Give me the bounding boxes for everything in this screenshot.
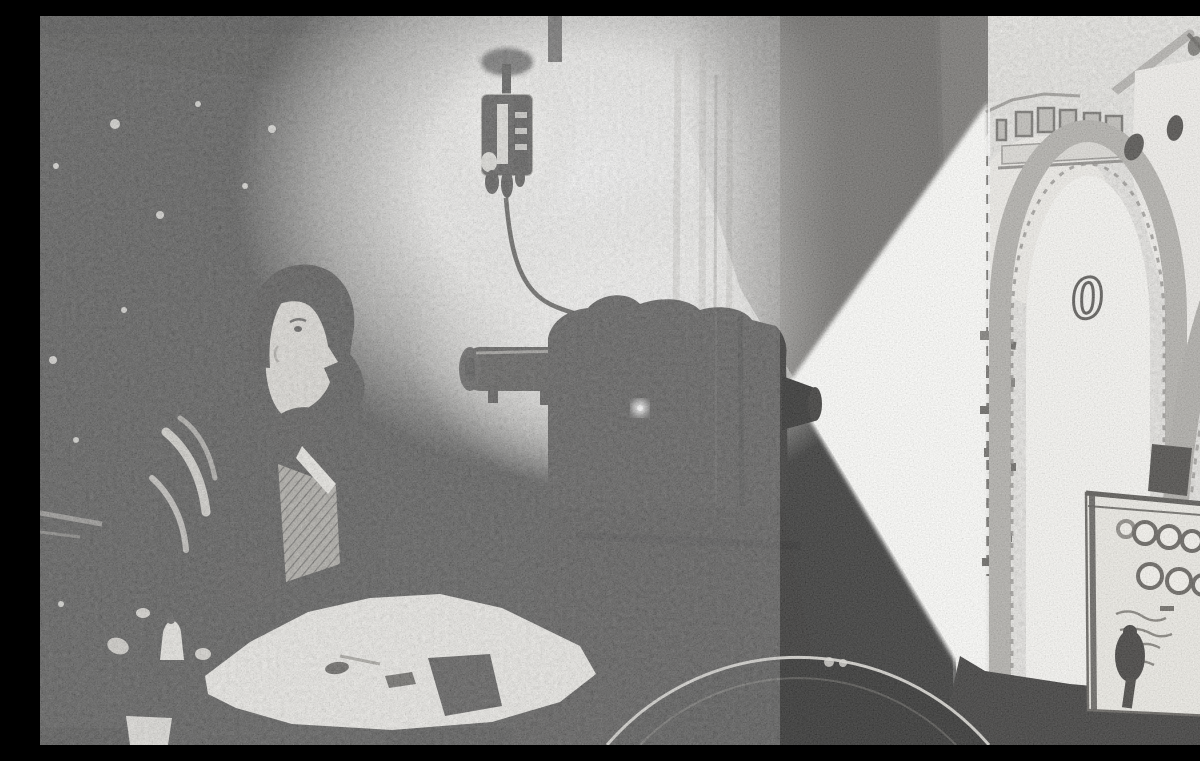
halftone-grain — [40, 16, 1200, 745]
illustration-canvas: 0 — [40, 16, 1200, 745]
halftone-illustration: 0 — [40, 16, 1200, 745]
